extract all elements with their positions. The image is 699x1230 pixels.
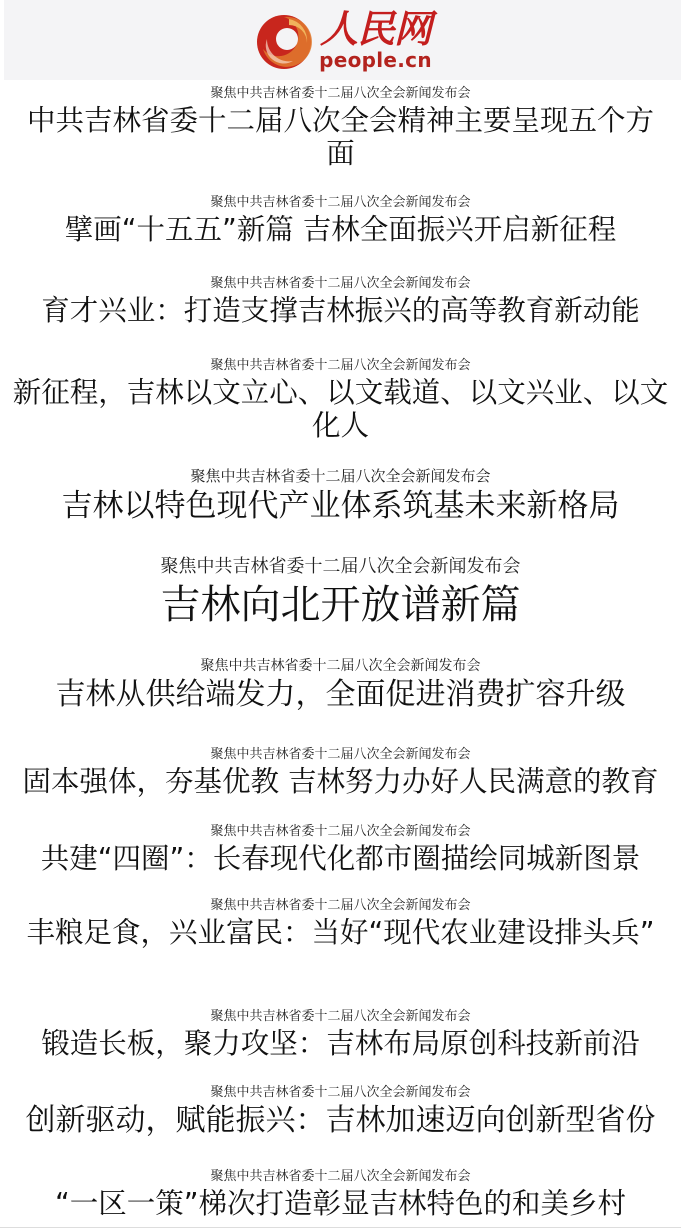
article-title[interactable]: 丰粮足食，兴业富民：当好“现代农业建设排头兵” [0,916,681,949]
article-item[interactable]: 聚焦中共吉林省委十二届八次全会新闻发布会 育才兴业：打造支撑吉林振兴的高等教育新… [0,274,681,327]
logo-domain-text: people.cn [319,49,432,71]
article-item[interactable]: 聚焦中共吉林省委十二届八次全会新闻发布会 吉林从供给端发力，全面促进消费扩容升级 [0,656,681,714]
article-title[interactable]: “一区一策”梯次打造彰显吉林特色的和美乡村 [0,1187,681,1220]
article-title[interactable]: 育才兴业：打造支撑吉林振兴的高等教育新动能 [0,294,681,327]
article-title[interactable]: 创新驱动，赋能振兴：吉林加速迈向创新型省份 [0,1103,681,1139]
article-kicker[interactable]: 聚焦中共吉林省委十二届八次全会新闻发布会 [0,193,681,213]
article-kicker[interactable]: 聚焦中共吉林省委十二届八次全会新闻发布会 [0,554,681,580]
article-item[interactable]: 聚焦中共吉林省委十二届八次全会新闻发布会 新征程，吉林以文立心、以文载道、以文兴… [0,356,681,442]
article-title[interactable]: 中共吉林省委十二届八次全会精神主要呈现五个方面 [0,104,681,170]
article-item[interactable]: 聚焦中共吉林省委十二届八次全会新闻发布会 “一区一策”梯次打造彰显吉林特色的和美… [0,1167,681,1220]
article-kicker[interactable]: 聚焦中共吉林省委十二届八次全会新闻发布会 [0,745,681,765]
article-kicker[interactable]: 聚焦中共吉林省委十二届八次全会新闻发布会 [0,274,681,294]
article-title[interactable]: 共建“四圈”：长春现代化都市圈描绘同城新图景 [0,842,681,875]
article-kicker[interactable]: 聚焦中共吉林省委十二届八次全会新闻发布会 [0,822,681,842]
site-header: 人民网 people.cn [4,0,681,80]
article-kicker[interactable]: 聚焦中共吉林省委十二届八次全会新闻发布会 [0,466,681,486]
article-kicker[interactable]: 聚焦中共吉林省委十二届八次全会新闻发布会 [0,84,681,104]
divider [0,1227,681,1228]
article-kicker[interactable]: 聚焦中共吉林省委十二届八次全会新闻发布会 [0,896,681,916]
article-kicker[interactable]: 聚焦中共吉林省委十二届八次全会新闻发布会 [0,356,681,376]
article-title[interactable]: 吉林以特色现代产业体系筑基未来新格局 [0,486,681,526]
article-title[interactable]: 吉林向北开放谱新篇 [0,580,681,630]
logo-chinese-text: 人民网 [320,9,431,49]
article-title[interactable]: 擘画“十五五”新篇 吉林全面振兴开启新征程 [0,213,681,246]
people-logo-icon [253,9,315,71]
article-item[interactable]: 聚焦中共吉林省委十二届八次全会新闻发布会 固本强体，夯基优教 吉林努力办好人民满… [0,745,681,798]
article-item[interactable]: 聚焦中共吉林省委十二届八次全会新闻发布会 擘画“十五五”新篇 吉林全面振兴开启新… [0,193,681,246]
article-kicker[interactable]: 聚焦中共吉林省委十二届八次全会新闻发布会 [0,1007,681,1027]
article-item[interactable]: 聚焦中共吉林省委十二届八次全会新闻发布会 创新驱动，赋能振兴：吉林加速迈向创新型… [0,1083,681,1139]
people-cn-logo[interactable]: 人民网 people.cn [253,9,432,71]
article-title[interactable]: 吉林从供给端发力，全面促进消费扩容升级 [0,676,681,714]
article-item[interactable]: 聚焦中共吉林省委十二届八次全会新闻发布会 锻造长板，聚力攻坚：吉林布局原创科技新… [0,1007,681,1060]
article-item[interactable]: 聚焦中共吉林省委十二届八次全会新闻发布会 吉林向北开放谱新篇 [0,554,681,630]
article-item[interactable]: 聚焦中共吉林省委十二届八次全会新闻发布会 丰粮足食，兴业富民：当好“现代农业建设… [0,896,681,949]
article-kicker[interactable]: 聚焦中共吉林省委十二届八次全会新闻发布会 [0,1167,681,1187]
article-kicker[interactable]: 聚焦中共吉林省委十二届八次全会新闻发布会 [0,656,681,676]
article-item[interactable]: 聚焦中共吉林省委十二届八次全会新闻发布会 共建“四圈”：长春现代化都市圈描绘同城… [0,822,681,875]
article-title[interactable]: 固本强体，夯基优教 吉林努力办好人民满意的教育 [0,765,681,798]
article-kicker[interactable]: 聚焦中共吉林省委十二届八次全会新闻发布会 [0,1083,681,1103]
article-title[interactable]: 锻造长板，聚力攻坚：吉林布局原创科技新前沿 [0,1027,681,1060]
article-title[interactable]: 新征程，吉林以文立心、以文载道、以文兴业、以文化人 [0,376,681,442]
article-item[interactable]: 聚焦中共吉林省委十二届八次全会新闻发布会 吉林以特色现代产业体系筑基未来新格局 [0,466,681,526]
article-item[interactable]: 聚焦中共吉林省委十二届八次全会新闻发布会 中共吉林省委十二届八次全会精神主要呈现… [0,84,681,170]
